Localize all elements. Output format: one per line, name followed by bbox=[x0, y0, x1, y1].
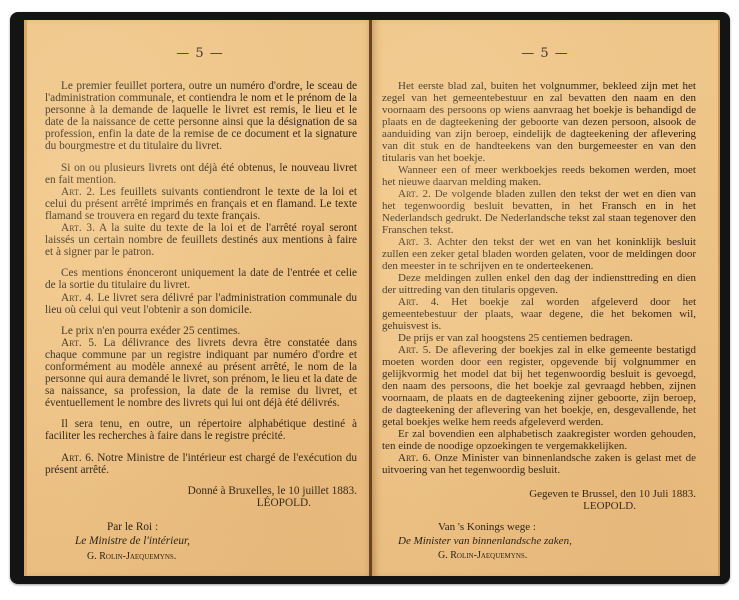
paragraph: Wanneer een of meer werkboekjes reeds be… bbox=[382, 164, 696, 188]
by-king: Par le Roi : bbox=[45, 521, 357, 533]
king-signature: LEOPOLD. bbox=[382, 500, 696, 512]
left-page: — 5 — Le premier feuillet portera, outre… bbox=[24, 20, 373, 576]
article-label: Art. 4. bbox=[61, 292, 94, 304]
king-signature: LÉOPOLD. bbox=[45, 497, 357, 509]
minister-title: De Minister van binnenlandsche zaken, bbox=[382, 535, 696, 547]
article-3: Art. 3. A la suite du texte de la loi et… bbox=[45, 222, 357, 258]
article-5: Art. 5. De aflevering der boekjes zal in… bbox=[382, 344, 696, 428]
paragraph: Il sera tenu, en outre, un répertoire al… bbox=[45, 418, 357, 442]
paragraph: Het eerste blad zal, buiten het volgnumm… bbox=[382, 80, 696, 164]
article-label: Art. 3. bbox=[398, 236, 432, 248]
article-6: Art. 6. Notre Ministre de l'intérieur es… bbox=[45, 452, 357, 476]
given-at: Donné à Bruxelles, le 10 juillet 1883. bbox=[45, 485, 357, 497]
paragraph: Le prix n'en pourra exéder 25 centimes. bbox=[45, 325, 357, 337]
by-king: Van 's Konings wege : bbox=[382, 521, 696, 533]
page-number: — 5 — bbox=[372, 46, 718, 61]
article-4: Art. 4. Le livret sera délivré par l'adm… bbox=[45, 292, 357, 316]
article-label: Art. 6. bbox=[61, 452, 94, 464]
article-label: Art. 3. bbox=[61, 222, 95, 234]
article-6: Art. 6. Onze Minister van binnenlandsche… bbox=[382, 452, 696, 476]
article-label: Art. 5. bbox=[398, 344, 431, 356]
article-label: Art. 2. bbox=[398, 188, 431, 200]
paragraph: Si on ou plusieurs livrets ont déjà été … bbox=[45, 162, 357, 186]
article-3: Art. 3. Achter den tekst der wet en van … bbox=[382, 236, 696, 272]
page-body: Het eerste blad zal, buiten het volgnumm… bbox=[382, 80, 696, 562]
article-text: De aflevering der boekjes zal in elke ge… bbox=[382, 344, 696, 428]
signature-block: Gegeven te Brussel, den 10 Juli 1883. LE… bbox=[382, 488, 696, 562]
article-label: Art. 5. bbox=[61, 337, 97, 349]
paragraph: Deze meldingen zullen enkel den dag der … bbox=[382, 272, 696, 296]
article-2: Art. 2. De volgende bladen zullen den te… bbox=[382, 188, 696, 236]
paragraph: Ces mentions énonceront uniquement la da… bbox=[45, 267, 357, 291]
right-page: — 5 — Het eerste blad zal, buiten het vo… bbox=[372, 20, 720, 576]
article-5: Art. 5. La délivrance des livrets devra … bbox=[45, 337, 357, 410]
article-2: Art. 2. Les feuillets suivants contiendr… bbox=[45, 186, 357, 222]
paragraph: De prijs er van zal hoogstens 25 centiem… bbox=[382, 332, 696, 344]
article-label: Art. 6. bbox=[398, 452, 431, 464]
given-at: Gegeven te Brussel, den 10 Juli 1883. bbox=[382, 488, 696, 500]
signature-block: Donné à Bruxelles, le 10 juillet 1883. L… bbox=[45, 485, 357, 563]
paragraph: Er zal bovendien een alphabetisch zaakre… bbox=[382, 428, 696, 452]
minister-name: G. Rolin-Jaequemyns. bbox=[382, 550, 696, 562]
article-label: Art. 4. bbox=[398, 296, 439, 308]
article-label: Art. 2. bbox=[61, 186, 95, 198]
page-body: Le premier feuillet portera, outre un nu… bbox=[45, 80, 357, 563]
minister-name: G. Rolin-Jaequemyns. bbox=[45, 551, 357, 563]
minister-title: Le Ministre de l'intérieur, bbox=[45, 535, 357, 547]
article-4: Art. 4. Het boekje zal worden afgeleverd… bbox=[382, 296, 696, 332]
paragraph: Le premier feuillet portera, outre un nu… bbox=[45, 80, 357, 153]
page-number: — 5 — bbox=[27, 46, 373, 61]
